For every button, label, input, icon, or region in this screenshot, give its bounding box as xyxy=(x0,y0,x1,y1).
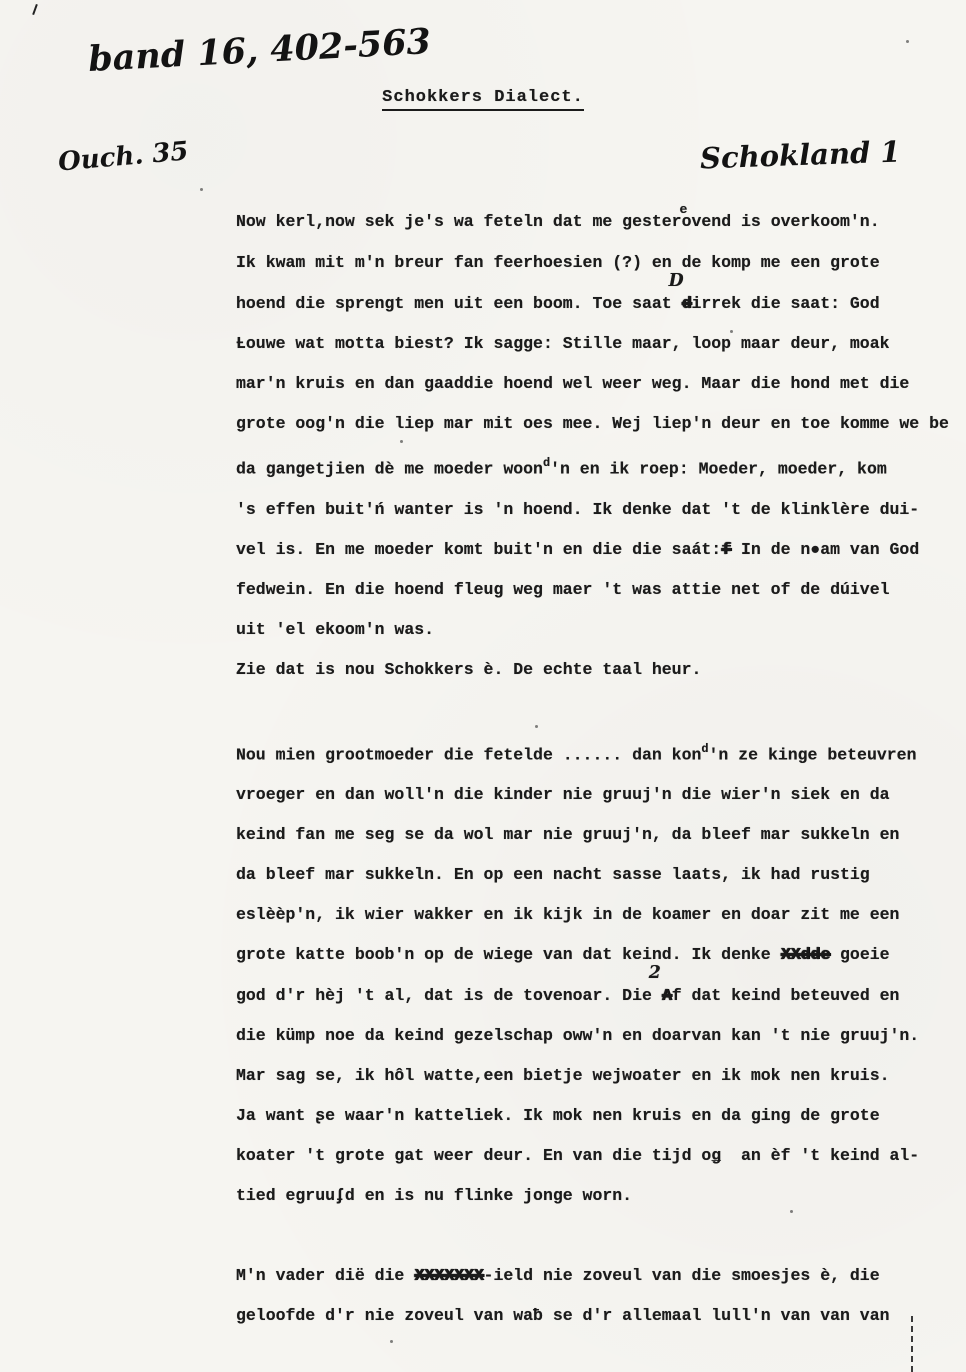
text-line: eslèèp'n, ik wier wakker en ik kijk in d… xyxy=(236,895,966,935)
text-line: die kümp noe da keind gezelschap oww'n e… xyxy=(236,1016,966,1056)
text-line: Ja want ʂe waar'n katteliek. Ik mok nen … xyxy=(236,1096,966,1136)
typed-text-body: Now kerl,now sek je's wa feteln dat me g… xyxy=(236,202,966,1372)
paper-speck xyxy=(906,40,909,43)
text-line: 's effen buit'ń wanter is 'n hoend. Ik d… xyxy=(236,490,966,530)
struck-out-text: d xyxy=(682,294,692,313)
text-line: Nou mien grootmoeder die fetelde ...... … xyxy=(236,730,966,776)
text-line: mar'n kruis en dan gaaddie hoend wel wee… xyxy=(236,364,966,404)
text-line: fedwein. En die hoend fleug weg maer 't … xyxy=(236,570,966,610)
text-line: keind fan me seg se da wol mar nie gruuj… xyxy=(236,815,966,855)
text-line: uit 'el ekoom'n was. xyxy=(236,610,966,650)
corner-tick-mark xyxy=(32,4,38,15)
struck-out-text: f xyxy=(721,540,731,559)
text-line: M'n vader dië die XXXXXXX-ield nie zoveu… xyxy=(236,1256,966,1296)
struck-out-text: A xyxy=(662,986,672,1005)
handwritten-archive-number: band 16, 402-563 xyxy=(87,21,432,80)
text-line: grote oog'n die liep mar mit oes mee. We… xyxy=(236,404,966,444)
text-line: vroeger en dan woll'n die kinder nie gru… xyxy=(236,775,966,815)
page-title: Schokkers Dialect. xyxy=(0,88,966,107)
text-line: koater 't grote gat weer deur. En van di… xyxy=(236,1136,966,1176)
paper-speck xyxy=(200,188,203,191)
paragraph: Nou mien grootmoeder die fetelde ...... … xyxy=(236,730,966,1217)
paragraph: M'n vader dië die XXXXXXX-ield nie zoveu… xyxy=(236,1256,966,1336)
text-line: vel is. En me moeder komt buit'n en die … xyxy=(236,530,966,570)
text-line: god d'r hèj 't al, dat is de tovenoar. D… xyxy=(236,975,966,1016)
paragraph: Now kerl,now sek je's wa feteln dat me g… xyxy=(236,202,966,690)
struck-out-text: XXdde xyxy=(781,945,831,964)
handwritten-schokland-label: Schokland 1 xyxy=(699,135,901,176)
handwritten-left-note: Ouch. 35 xyxy=(57,136,190,177)
text-line: Ƚouwe wat motta biest? Ik sagge: Stille … xyxy=(236,324,966,364)
typed-superscript: d xyxy=(701,742,708,756)
text-line: Ik kwam mit m'n breur fan feerhoesien (?… xyxy=(236,243,966,283)
text-line: grote katte boob'n op de wiege van dat k… xyxy=(236,935,966,975)
text-line: geloofde d'r nie zoveul van waƀ se d'r a… xyxy=(236,1296,966,1336)
text-line: da gangetjien dè me moeder woond'n en ik… xyxy=(236,444,966,490)
text-line: Zie dat is nou Schokkers è. De echte taa… xyxy=(236,650,966,690)
text-line: Mar sag se, ik hôl watte,een bietje wejw… xyxy=(236,1056,966,1096)
text-line: da bleef mar sukkeln. En op een nacht sa… xyxy=(236,855,966,895)
text-line: hoend die sprengt men uit een boom. Toe … xyxy=(236,283,966,324)
scanned-document-page: { "page": { "title": "Schokkers Dialect.… xyxy=(0,0,966,1372)
typed-superscript: d xyxy=(543,456,550,470)
struck-out-text: XXXXXXX xyxy=(414,1266,483,1285)
text-line: tied egruuʄd en is nu flinke jonge worn. xyxy=(236,1176,966,1216)
text-line: Now kerl,now sek je's wa feteln dat me g… xyxy=(236,202,966,243)
